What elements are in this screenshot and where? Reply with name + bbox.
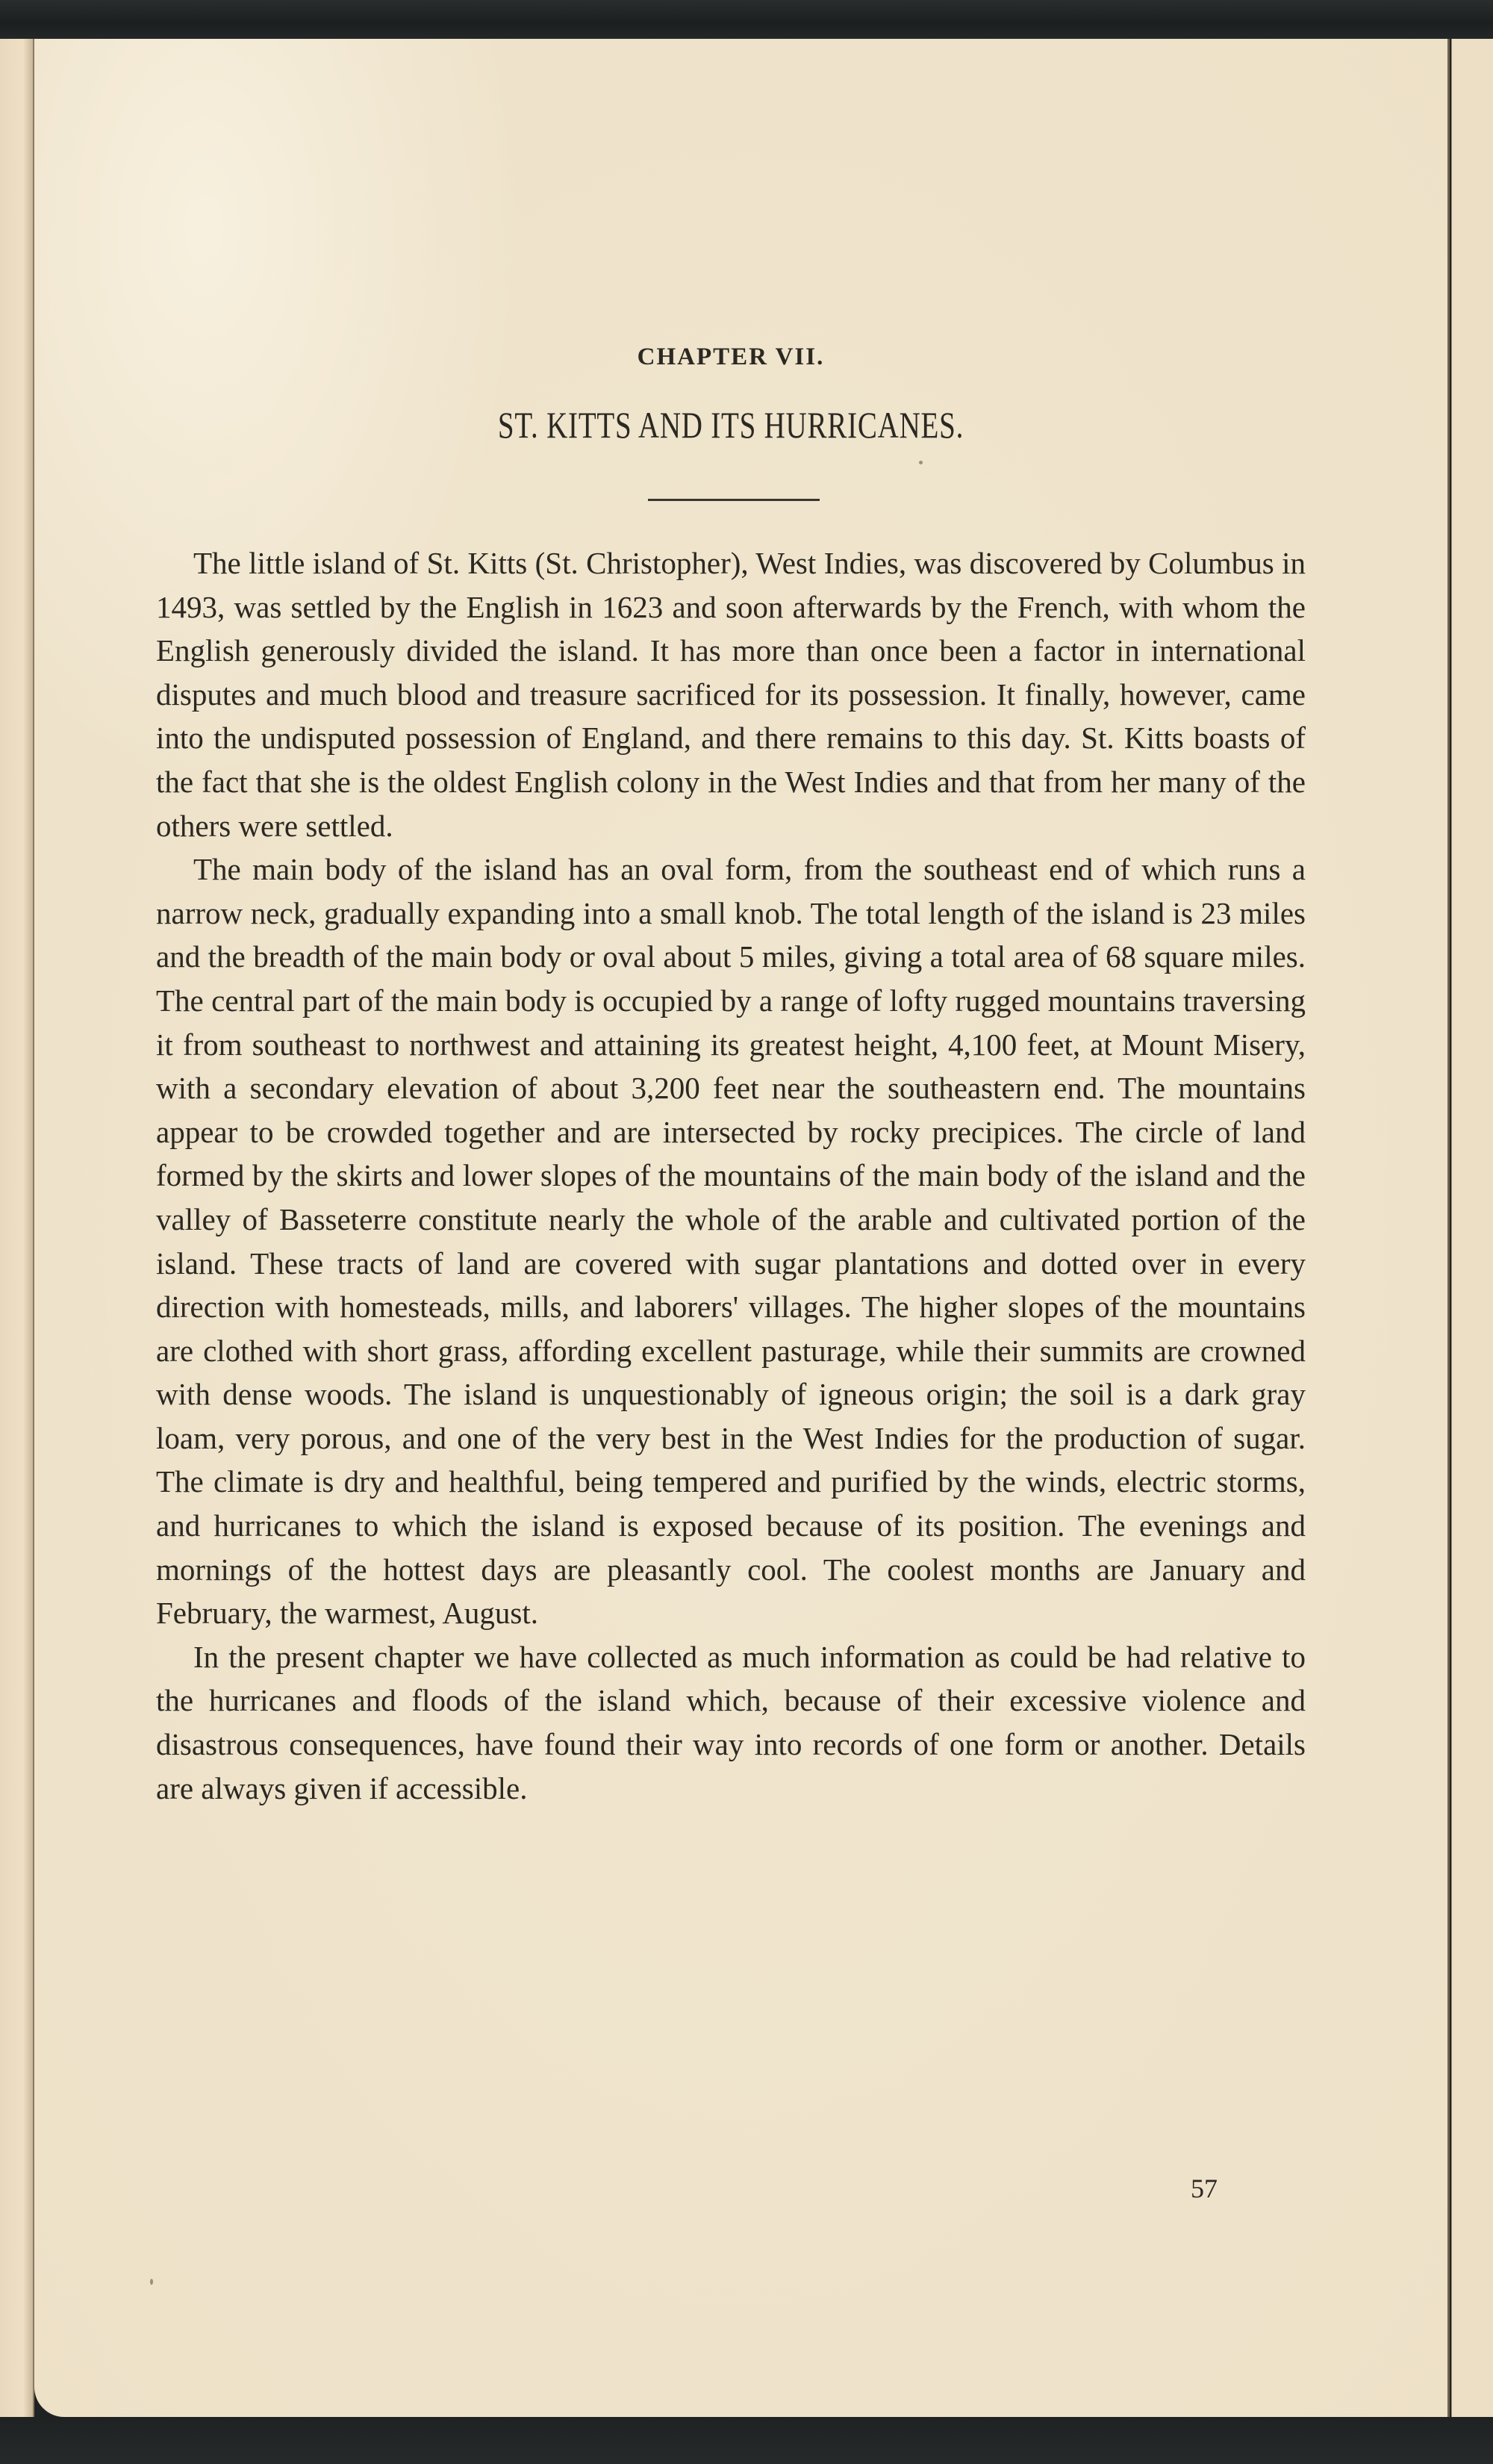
body-text: The little island of St. Kitts (St. Chri… (156, 541, 1306, 1810)
paper-speck (919, 461, 923, 464)
book-binding-top (0, 0, 1493, 39)
chapter-label: CHAPTER VII. (156, 343, 1306, 371)
page-number: 57 (1191, 2173, 1218, 2204)
chapter-title: ST. KITTS AND ITS HURRICANES. (282, 403, 1179, 447)
book-binding-bottom (0, 2417, 1493, 2464)
previous-page-edge (0, 39, 34, 2417)
paragraph-history: The little island of St. Kitts (St. Chri… (156, 541, 1306, 847)
next-page-edge (1451, 39, 1493, 2417)
page-edge-rule (1447, 39, 1450, 2417)
paragraph-geography: The main body of the island has an oval … (156, 847, 1306, 1635)
title-divider (648, 499, 820, 501)
paper-speck (150, 2279, 153, 2285)
paragraph-chapter-intro: In the present chapter we have collected… (156, 1635, 1306, 1810)
